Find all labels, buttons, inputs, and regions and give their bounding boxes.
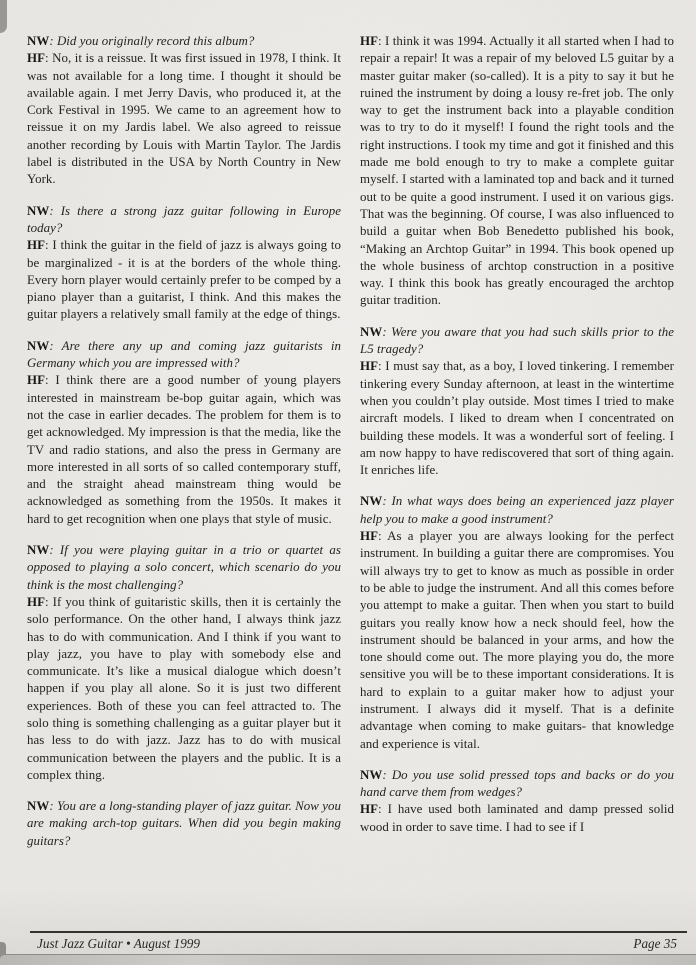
question-text: You are a long-standing player of jazz g… bbox=[27, 799, 341, 848]
speaker-label: NW bbox=[27, 799, 49, 813]
speaker-label: HF bbox=[27, 238, 45, 252]
answer-text: I have used both laminated and damp pres… bbox=[360, 802, 674, 833]
answer-text: I think the guitar in the field of jazz … bbox=[27, 238, 341, 321]
interview-answer: HF: I have used both laminated and damp … bbox=[360, 801, 674, 836]
speaker-label: NW bbox=[27, 543, 49, 557]
interview-question: NW: You are a long-standing player of ja… bbox=[27, 798, 341, 850]
question-text: Do you use solid pressed tops and backs … bbox=[360, 768, 674, 799]
interview-body: NW: Did you originally record this album… bbox=[27, 33, 674, 927]
speaker-label: NW bbox=[360, 494, 382, 508]
speaker-label: NW bbox=[27, 339, 49, 353]
speaker-label: NW bbox=[27, 204, 49, 218]
speaker-label: HF bbox=[360, 529, 378, 543]
answer-text: As a player you are always looking for t… bbox=[360, 529, 674, 751]
interview-question: NW: Did you originally record this album… bbox=[27, 33, 341, 50]
speaker-label: HF bbox=[27, 51, 45, 65]
interview-question: NW: Are there any up and coming jazz gui… bbox=[27, 338, 341, 373]
page-footer: Just Jazz Guitar • August 1999 Page 35 bbox=[30, 931, 687, 952]
interview-question: NW: Do you use solid pressed tops and ba… bbox=[360, 767, 674, 802]
interview-answer: HF: I think it was 1994. Actually it all… bbox=[360, 33, 674, 310]
footer-page-number: Page 35 bbox=[633, 936, 687, 952]
interview-question: NW: If you were playing guitar in a trio… bbox=[27, 542, 341, 594]
answer-text: No, it is a reissue. It was first issued… bbox=[27, 51, 341, 186]
interview-answer: HF: I think there are a good number of y… bbox=[27, 372, 341, 528]
speaker-label: HF bbox=[360, 359, 378, 373]
footer-journal-title: Just Jazz Guitar • August 1999 bbox=[30, 936, 200, 952]
interview-answer: HF: No, it is a reissue. It was first is… bbox=[27, 50, 341, 188]
right-column: HF: I think it was 1994. Actually it all… bbox=[360, 33, 674, 927]
answer-text: If you think of guitaristic skills, then… bbox=[27, 595, 341, 782]
interview-answer: HF: I must say that, as a boy, I loved t… bbox=[360, 358, 674, 479]
question-text: Did you originally record this album? bbox=[57, 34, 254, 48]
interview-question: NW: Were you aware that you had such ski… bbox=[360, 324, 674, 359]
speaker-label: NW bbox=[360, 325, 382, 339]
interview-answer: HF: I think the guitar in the field of j… bbox=[27, 237, 341, 323]
interview-answer: HF: As a player you are always looking f… bbox=[360, 528, 674, 753]
answer-text: I think there are a good number of young… bbox=[27, 373, 341, 525]
speaker-label: HF bbox=[27, 595, 45, 609]
scan-bottom-edge-band bbox=[0, 954, 696, 965]
speaker-label: NW bbox=[27, 34, 49, 48]
speaker-label: HF bbox=[27, 373, 45, 387]
answer-text: I think it was 1994. Actually it all sta… bbox=[360, 34, 674, 307]
left-column: NW: Did you originally record this album… bbox=[27, 33, 341, 927]
interview-question: NW: In what ways does being an experienc… bbox=[360, 493, 674, 528]
interview-answer: HF: If you think of guitaristic skills, … bbox=[27, 594, 341, 784]
question-text: Are there any up and coming jazz guitari… bbox=[27, 339, 341, 370]
magazine-page-scan: NW: Did you originally record this album… bbox=[0, 0, 696, 965]
speaker-label: HF bbox=[360, 802, 378, 816]
interview-question: NW: Is there a strong jazz guitar follow… bbox=[27, 203, 341, 238]
question-text: Is there a strong jazz guitar following … bbox=[27, 204, 341, 235]
question-text: If you were playing guitar in a trio or … bbox=[27, 543, 341, 592]
question-text: Were you aware that you had such skills … bbox=[360, 325, 674, 356]
speaker-label: NW bbox=[360, 768, 382, 782]
speaker-label: HF bbox=[360, 34, 378, 48]
scan-edge-smudge-top bbox=[0, 0, 7, 33]
question-text: In what ways does being an experienced j… bbox=[360, 494, 674, 525]
answer-text: I must say that, as a boy, I loved tinke… bbox=[360, 359, 674, 477]
